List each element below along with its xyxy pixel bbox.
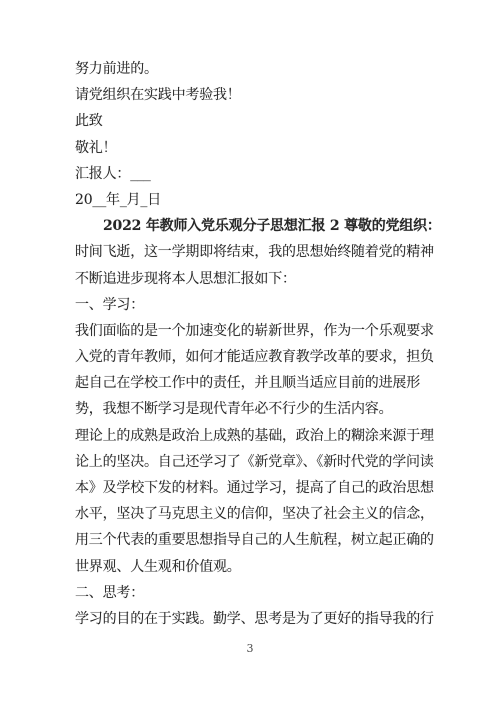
body-line: 不断追进步现将本人思想汇报如下： — [75, 266, 435, 292]
body-line: 我们面临的是一个加速变化的崭新世界，作为一个乐观要求 — [75, 318, 435, 344]
body-line: 起自己在学校工作中的责任，并且顺当适应目前的进展形 — [75, 370, 435, 396]
request-line: 请党组织在实践中考验我！ — [75, 82, 435, 108]
page-number: 3 — [0, 642, 500, 655]
document-page: 努力前进的。请党组织在实践中考验我！此致敬礼！汇报人：___20__年_月_日2… — [0, 0, 500, 707]
body-line: 时间飞逝，这一学期即将结束，我的思想始终随着党的精神 — [75, 239, 435, 265]
body-line: 学习的目的在于实践。勤学、思考是为了更好的指导我的行 — [75, 606, 435, 632]
salute-line-cizhi: 此致 — [75, 108, 435, 134]
body-line: 入党的青年教师，如何才能适应教育教学改革的要求，担负 — [75, 344, 435, 370]
date-line: 20__年_月_日 — [75, 187, 435, 213]
closing-line: 努力前进的。 — [75, 56, 435, 82]
report-text-block: 努力前进的。请党组织在实践中考验我！此致敬礼！汇报人：___20__年_月_日2… — [75, 56, 435, 632]
body-line: 论上的坚决。自己还学习了《新党章》、《新时代党的学问读 — [75, 449, 435, 475]
salute-line-jingli: 敬礼！ — [75, 135, 435, 161]
report-title: 2022 年教师入党乐观分子思想汇报 2 尊敬的党组织： — [75, 213, 435, 239]
reporter-line: 汇报人：___ — [75, 161, 435, 187]
body-line: 本》及学校下发的材料。通过学习，提高了自己的政治思想 — [75, 475, 435, 501]
section-heading-study: 一、学习： — [75, 292, 435, 318]
body-line: 理论上的成熟是政治上成熟的基础，政治上的糊涂来源于理 — [75, 423, 435, 449]
body-line: 水平，坚决了马克思主义的信仰，坚决了社会主义的信念， — [75, 501, 435, 527]
body-line: 势，我想不断学习是现代青年必不行少的生活内容。 — [75, 396, 435, 422]
body-line: 世界观、人生观和价值观。 — [75, 554, 435, 580]
body-line: 用三个代表的重要思想指导自己的人生航程，树立起正确的 — [75, 527, 435, 553]
section-heading-think: 二、思考： — [75, 580, 435, 606]
